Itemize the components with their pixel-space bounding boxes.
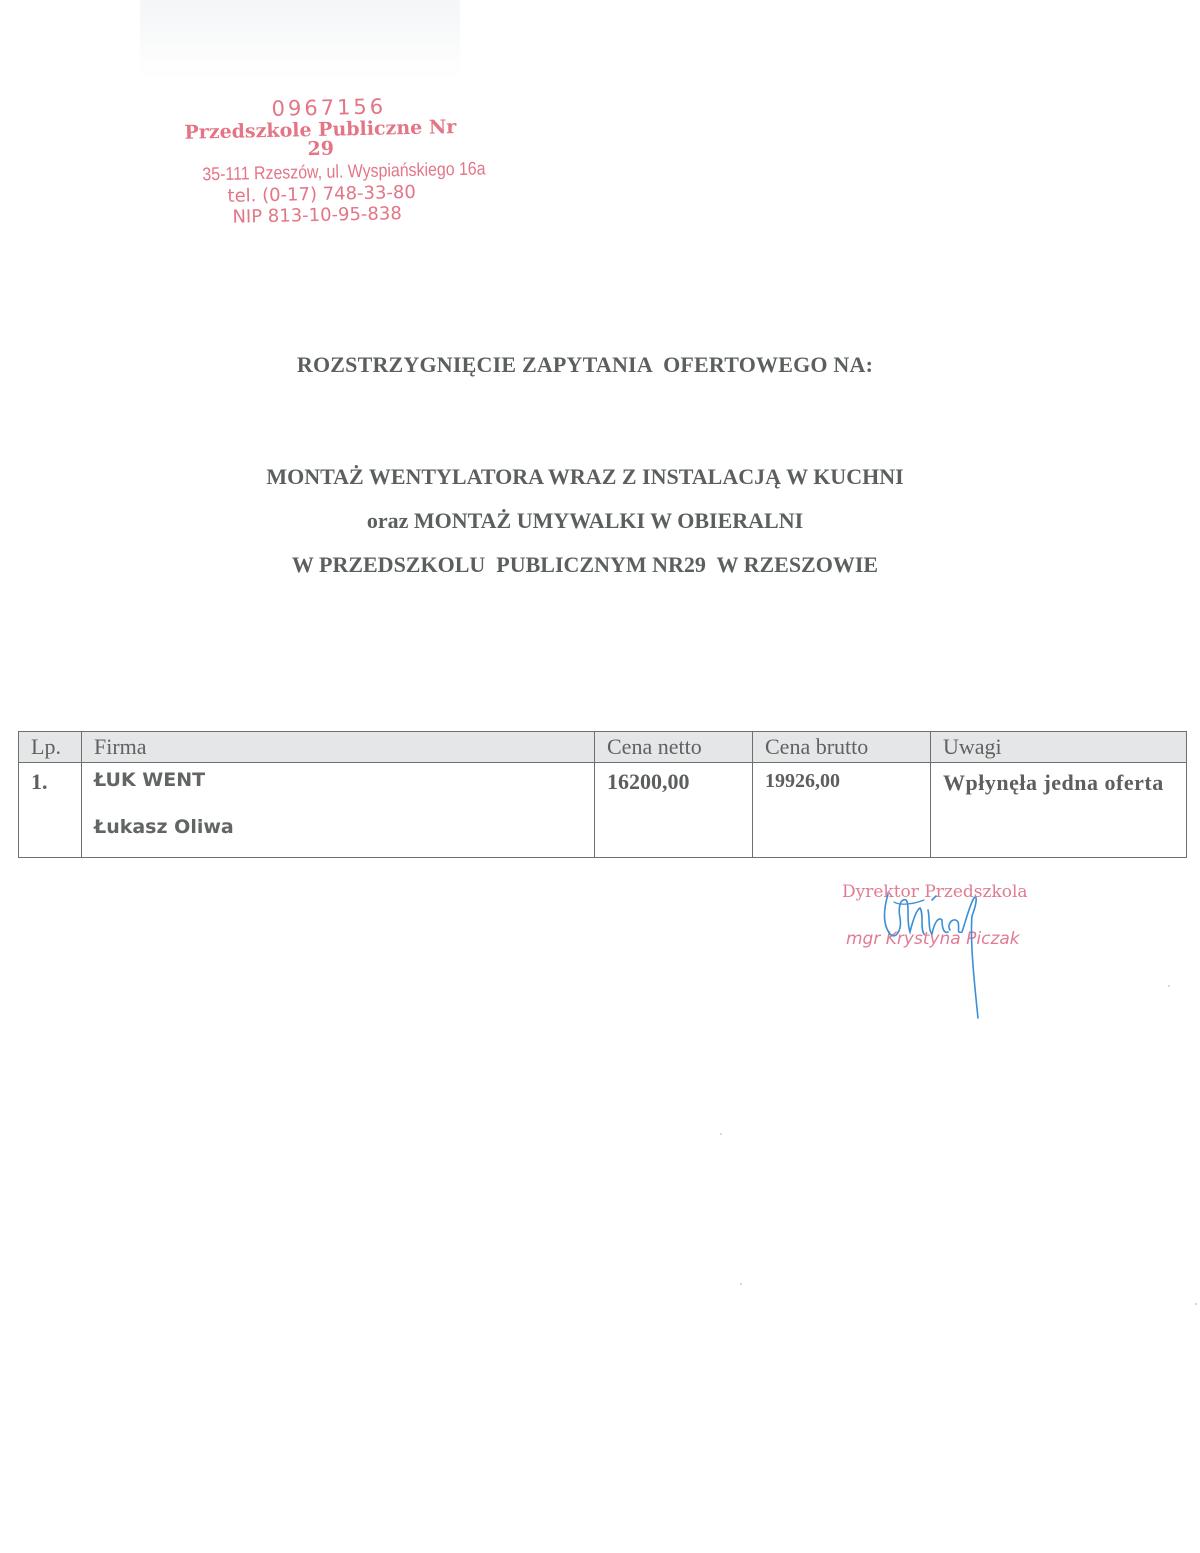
header-net-price: Cena netto — [595, 732, 753, 763]
table-header-row: Lp. Firma Cena netto Cena brutto Uwagi — [19, 732, 1187, 763]
cell-gross-price: 19926,00 — [753, 763, 931, 858]
cell-lp: 1. — [19, 763, 82, 858]
subject-line: oraz MONTAŻ UMYWALKI W OBIERALNI — [0, 504, 1170, 548]
stamp-nip: NIP 813-10-95-838 — [163, 203, 471, 227]
stamp-institution-name: Przedszkole Publiczne Nr 29 — [171, 118, 470, 162]
document-subject: MONTAŻ WENTYLATORA WRAZ Z INSTALACJĄ W K… — [0, 460, 1170, 592]
institution-stamp: 0967156 Przedszkole Publiczne Nr 29 35-1… — [159, 95, 472, 228]
scan-speck — [740, 1283, 742, 1285]
header-notes: Uwagi — [931, 732, 1187, 763]
stamp-phone: tel. (0-17) 748-33-80 — [173, 182, 471, 206]
offers-table: Lp. Firma Cena netto Cena brutto Uwagi 1… — [18, 731, 1187, 858]
firm-name: ŁUK WENT — [94, 767, 594, 794]
scan-speck — [1168, 985, 1170, 987]
header-gross-price: Cena brutto — [753, 732, 931, 763]
cell-firm: ŁUK WENT Łukasz Oliwa — [82, 763, 595, 858]
cell-net-price: 16200,00 — [595, 763, 753, 858]
subject-line: MONTAŻ WENTYLATORA WRAZ Z INSTALACJĄ W K… — [0, 460, 1170, 504]
subject-line: W PRZEDSZKOLU PUBLICZNYM NR29 W RZESZOWI… — [0, 548, 1170, 592]
scan-speck — [720, 1133, 722, 1135]
document-title: ROZSTRZYGNIĘCIE ZAPYTANIA OFERTOWEGO NA: — [0, 352, 1170, 378]
header-firm: Firma — [82, 732, 595, 763]
table-row: 1. ŁUK WENT Łukasz Oliwa 16200,00 19926,… — [19, 763, 1187, 858]
stamp-address: 35-111 Rzeszów, ul. Wyspiańskiego 16a — [202, 160, 450, 184]
cell-notes: Wpłynęła jedna oferta — [931, 763, 1187, 858]
director-signature-block: Dyrektor Przedszkola mgr Krystyna Piczak — [830, 882, 1060, 1022]
header-lp: Lp. — [19, 732, 82, 763]
handwritten-signature-icon — [870, 890, 1000, 1020]
firm-owner: Łukasz Oliwa — [94, 814, 594, 841]
scan-speck — [1195, 1303, 1197, 1305]
scan-artifact — [140, 0, 460, 80]
